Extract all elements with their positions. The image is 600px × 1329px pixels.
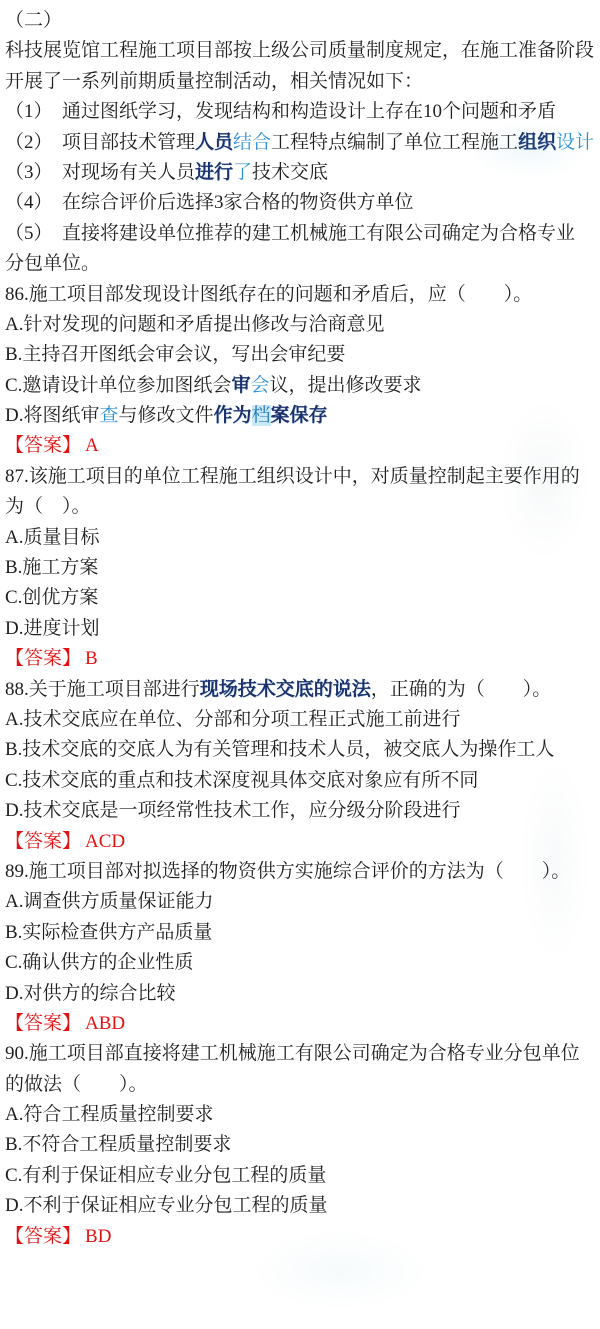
highlighted-text-segment: 审 <box>231 375 250 396</box>
question-88-option-d: D.技术交底是一项经常性技术工作，应分级分阶段进行 <box>5 796 600 826</box>
text-segment: 议，提出修改要求 <box>269 375 421 396</box>
text-segment: 与修改文件 <box>119 405 214 426</box>
highlighted-text-segment: 案保存 <box>271 405 328 426</box>
highlighted-text-segment: 人员 <box>195 132 233 153</box>
question-89-option-d: D.对供方的综合比较 <box>5 979 600 1009</box>
highlighted-text-segment: 现场技术交底的说法 <box>200 679 371 700</box>
text-segment: B.主持召开图纸会审会议，写出会审纪要 <box>5 344 345 365</box>
highlighted-text-segment: 会 <box>250 375 269 396</box>
question-89-answer: 【答案】ABD <box>5 1009 600 1039</box>
text-segment: C.邀请设计单位参加图纸会 <box>5 375 231 396</box>
document-body: （二）科技展览馆工程施工项目部按上级公司质量制度规定，在施工准备阶段开展了一系列… <box>5 6 600 1252</box>
text-segment: B.技术交底的交底人为有关管理和技术人员，被交底人为操作工人 <box>5 739 554 760</box>
answer-label: 【答案】 <box>5 831 81 852</box>
text-segment: （二） <box>5 10 62 31</box>
answer-label: 【答案】 <box>5 1013 81 1034</box>
question-87-stem: 87.该施工项目的单位工程施工组织设计中，对质量控制起主要作用的 <box>5 462 600 492</box>
question-88-option-a: A.技术交底应在单位、分部和分项工程正式施工前进行 <box>5 705 600 735</box>
text-segment: 为（ ）。 <box>5 496 91 517</box>
question-87-option-a: A.质量目标 <box>5 523 600 553</box>
text-segment: （5） 直接将建设单位推荐的建工机械施工有限公司确定为合格专业 <box>5 223 575 244</box>
question-90-option-d: D.不利于保证相应专业分包工程的质量 <box>5 1191 600 1221</box>
text-segment: 分包单位。 <box>5 253 100 274</box>
text-segment: A.调查供方质量保证能力 <box>5 891 213 912</box>
question-88-option-c: C.技术交底的重点和技术深度视具体交底对象应有所不同 <box>5 766 600 796</box>
text-segment: D.技术交底是一项经常性技术工作，应分级分阶段进行 <box>5 800 460 821</box>
text-segment: 90.施工项目部直接将建工机械施工有限公司确定为合格专业分包单位 <box>5 1043 580 1064</box>
document-page: （二）科技展览馆工程施工项目部按上级公司质量制度规定，在施工准备阶段开展了一系列… <box>0 0 600 1329</box>
text-segment: 87.该施工项目的单位工程施工组织设计中，对质量控制起主要作用的 <box>5 466 580 487</box>
question-89-option-b: B.实际检查供方产品质量 <box>5 918 600 948</box>
case-section-label: （二） <box>5 6 600 36</box>
text-segment: 89.施工项目部对拟选择的物资供方实施综合评价的方法为（ ）。 <box>5 861 570 882</box>
text-segment: 科技展览馆工程施工项目部按上级公司质量制度规定，在施工准备阶段 <box>5 40 594 61</box>
question-90-option-b: B.不符合工程质量控制要求 <box>5 1130 600 1160</box>
text-segment: A.符合工程质量控制要求 <box>5 1104 213 1125</box>
question-86-stem: 86.施工项目部发现设计图纸存在的问题和矛盾后，应（ ）。 <box>5 280 600 310</box>
text-segment: 工程特点编制了单位工程施工 <box>271 132 518 153</box>
highlighted-text-segment: 查 <box>99 405 118 426</box>
text-segment: D.对供方的综合比较 <box>5 983 175 1004</box>
text-segment: C.创优方案 <box>5 587 98 608</box>
text-segment: B.实际检查供方产品质量 <box>5 922 212 943</box>
text-segment: ，正确的为（ ）。 <box>371 679 552 700</box>
question-90-option-c: C.有利于保证相应专业分包工程的质量 <box>5 1161 600 1191</box>
text-segment: （3） 对现场有关人员 <box>5 162 195 183</box>
text-segment: A.质量目标 <box>5 527 99 548</box>
case-event-line-3: （3） 对现场有关人员进行了技术交底 <box>5 158 600 188</box>
highlighted-text-segment: 进行 <box>195 162 233 183</box>
text-segment: D.进度计划 <box>5 618 99 639</box>
question-89-option-a: A.调查供方质量保证能力 <box>5 887 600 917</box>
question-89-option-c: C.确认供方的企业性质 <box>5 948 600 978</box>
text-segment: 的做法（ ）。 <box>5 1074 148 1095</box>
answer-value: A <box>85 435 99 456</box>
question-88-stem: 88.关于施工项目部进行现场技术交底的说法，正确的为（ ）。 <box>5 675 600 705</box>
answer-value: BD <box>85 1226 111 1247</box>
question-89-stem: 89.施工项目部对拟选择的物资供方实施综合评价的方法为（ ）。 <box>5 857 600 887</box>
question-90-stem: 90.施工项目部直接将建工机械施工有限公司确定为合格专业分包单位 <box>5 1039 600 1069</box>
text-segment: C.技术交底的重点和技术深度视具体交底对象应有所不同 <box>5 770 478 791</box>
highlighted-text-segment: 作为 <box>214 405 252 426</box>
text-segment: 86.施工项目部发现设计图纸存在的问题和矛盾后，应（ ）。 <box>5 284 532 305</box>
case-event-line-1: （1） 通过图纸学习，发现结构和构造设计上存在10个问题和矛盾 <box>5 97 600 127</box>
text-segment: （2） 项目部技术管理 <box>5 132 195 153</box>
case-event-line-2: （2） 项目部技术管理人员结合工程特点编制了单位工程施工组织设计 <box>5 128 600 158</box>
case-intro-line-1: 科技展览馆工程施工项目部按上级公司质量制度规定，在施工准备阶段 <box>5 36 600 66</box>
highlighted-text-segment: 组织 <box>518 132 556 153</box>
question-87-option-c: C.创优方案 <box>5 583 600 613</box>
text-segment: 技术交底 <box>252 162 328 183</box>
question-86-option-a: A.针对发现的问题和矛盾提出修改与洽商意见 <box>5 310 600 340</box>
question-90-stem-cont: 的做法（ ）。 <box>5 1070 600 1100</box>
case-event-line-4: （4） 在综合评价后选择3家合格的物资供方单位 <box>5 188 600 218</box>
case-event-line-5: （5） 直接将建设单位推荐的建工机械施工有限公司确定为合格专业 <box>5 219 600 249</box>
highlighted-text-segment: 设计 <box>556 132 594 153</box>
highlighted-text-segment: 了 <box>233 162 252 183</box>
question-86-answer: 【答案】A <box>5 431 600 461</box>
text-segment: （4） 在综合评价后选择3家合格的物资供方单位 <box>5 192 414 213</box>
answer-label: 【答案】 <box>5 648 81 669</box>
text-segment: D.将图纸审 <box>5 405 99 426</box>
text-segment: A.针对发现的问题和矛盾提出修改与洽商意见 <box>5 314 384 335</box>
case-event-line-6: 分包单位。 <box>5 249 600 279</box>
question-87-option-b: B.施工方案 <box>5 553 600 583</box>
text-segment: A.技术交底应在单位、分部和分项工程正式施工前进行 <box>5 709 460 730</box>
question-86-option-d: D.将图纸审查与修改文件作为档案保存 <box>5 401 600 431</box>
answer-value: ACD <box>85 831 125 852</box>
highlighted-text-segment: 结合 <box>233 132 271 153</box>
text-segment: B.不符合工程质量控制要求 <box>5 1134 231 1155</box>
question-87-option-d: D.进度计划 <box>5 614 600 644</box>
answer-label: 【答案】 <box>5 435 81 456</box>
question-87-answer: 【答案】B <box>5 644 600 674</box>
highlighted-text-segment: 档 <box>252 405 271 426</box>
text-segment: C.有利于保证相应专业分包工程的质量 <box>5 1165 326 1186</box>
text-segment: D.不利于保证相应专业分包工程的质量 <box>5 1195 327 1216</box>
question-86-option-c: C.邀请设计单位参加图纸会审会议，提出修改要求 <box>5 371 600 401</box>
question-86-option-b: B.主持召开图纸会审会议，写出会审纪要 <box>5 340 600 370</box>
text-segment: C.确认供方的企业性质 <box>5 952 193 973</box>
text-segment: B.施工方案 <box>5 557 98 578</box>
case-intro-line-2: 开展了一系列前期质量控制活动，相关情况如下： <box>5 67 600 97</box>
text-segment: 开展了一系列前期质量控制活动，相关情况如下： <box>5 71 423 92</box>
question-90-answer: 【答案】BD <box>5 1222 600 1252</box>
question-90-option-a: A.符合工程质量控制要求 <box>5 1100 600 1130</box>
text-segment: （1） 通过图纸学习，发现结构和构造设计上存在10个问题和矛盾 <box>5 101 556 122</box>
answer-value: B <box>85 648 98 669</box>
answer-label: 【答案】 <box>5 1226 81 1247</box>
question-88-option-b: B.技术交底的交底人为有关管理和技术人员，被交底人为操作工人 <box>5 735 600 765</box>
question-88-answer: 【答案】ACD <box>5 827 600 857</box>
question-87-stem-cont: 为（ ）。 <box>5 492 600 522</box>
text-segment: 88.关于施工项目部进行 <box>5 679 200 700</box>
answer-value: ABD <box>85 1013 125 1034</box>
